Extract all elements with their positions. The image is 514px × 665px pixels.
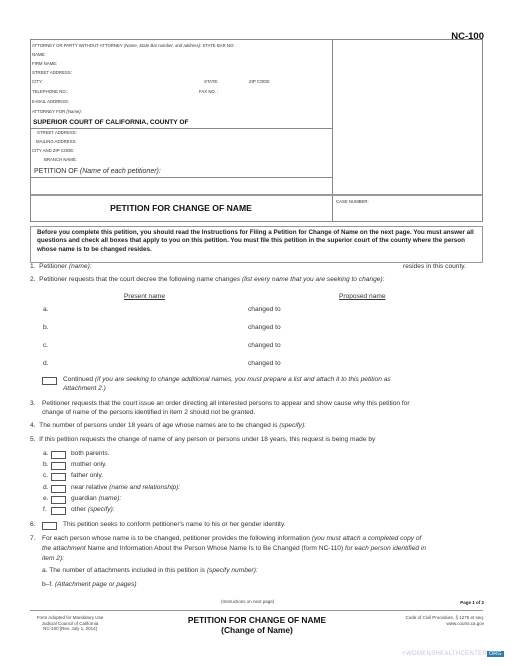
page-number: Page 1 of 2 bbox=[460, 600, 484, 606]
item-6-num: 6. bbox=[30, 521, 36, 528]
present-name-header: Present name bbox=[124, 293, 165, 300]
name-change-row-b[interactable]: changed to bbox=[248, 324, 281, 331]
form-title: PETITION FOR CHANGE OF NAME bbox=[30, 203, 332, 213]
option-f-letter: f. bbox=[43, 506, 47, 513]
court-branch-label[interactable]: BRANCH NAME: bbox=[44, 157, 77, 162]
guardian-checkbox[interactable] bbox=[51, 496, 66, 504]
attorney-header: ATTORNEY OR PARTY WITHOUT ATTORNEY (Name… bbox=[32, 43, 235, 48]
street-address-label[interactable]: STREET ADDRESS: bbox=[32, 70, 72, 75]
state-label[interactable]: STATE: bbox=[204, 79, 218, 84]
proposed-name-header: Proposed name bbox=[339, 293, 386, 300]
near-relative-checkbox[interactable] bbox=[51, 485, 66, 493]
item-7-line-3: item 2): bbox=[42, 555, 64, 562]
name-change-row-d[interactable]: changed to bbox=[248, 360, 281, 367]
item-3-line-2: change of name of the persons identified… bbox=[42, 409, 255, 416]
continued-label: Continued (if you are seeking to change … bbox=[63, 376, 391, 383]
divider bbox=[30, 128, 332, 129]
option-d-letter: d. bbox=[43, 484, 49, 491]
item-4[interactable]: 4. The number of persons under 18 years … bbox=[30, 422, 306, 429]
other-label: other (specify): bbox=[71, 506, 115, 513]
both-parents-checkbox[interactable] bbox=[51, 451, 66, 459]
near-relative-label: near relative (name and relationship): bbox=[71, 484, 180, 491]
gender-identity-checkbox[interactable] bbox=[42, 522, 57, 530]
option-a-letter: a. bbox=[43, 450, 49, 457]
mother-only-checkbox[interactable] bbox=[51, 462, 66, 470]
divider bbox=[30, 177, 332, 178]
footer-title: PETITION FOR CHANGE OF NAME (Change of N… bbox=[150, 615, 364, 635]
guardian-label: guardian (name): bbox=[71, 495, 121, 502]
name-change-row-b-letter: b. bbox=[43, 324, 49, 331]
item-1[interactable]: 1. Petitioner (name): bbox=[30, 263, 92, 270]
footer-left: Form Adopted for Mandatory Use Judicial … bbox=[30, 615, 110, 632]
item-7a[interactable]: a. The number of attachments included in… bbox=[42, 567, 258, 574]
option-e-letter: e. bbox=[43, 495, 49, 502]
attorney-for-label[interactable]: ATTORNEY FOR (Name): bbox=[32, 109, 82, 114]
court-title: SUPERIOR COURT OF CALIFORNIA, COUNTY OF bbox=[33, 119, 189, 126]
both-parents-label: both parents. bbox=[71, 450, 110, 457]
fax-label[interactable]: FAX NO. : bbox=[199, 89, 218, 94]
courts-link[interactable]: www.courts.ca.gov bbox=[405, 621, 484, 627]
divider bbox=[30, 194, 483, 196]
instructions-notice: Before you complete this petition, you s… bbox=[30, 226, 483, 263]
instructions-note: (Instructions on next page) bbox=[221, 599, 274, 605]
name-change-row-a-letter: a. bbox=[43, 306, 49, 313]
item-1-suffix: resides in this county. bbox=[403, 263, 466, 270]
petition-of-label[interactable]: PETITION OF (Name of each petitioner): bbox=[34, 168, 161, 175]
city-label[interactable]: CITY: bbox=[32, 79, 43, 84]
continued-checkbox[interactable] bbox=[42, 377, 57, 385]
name-change-row-d-letter: d. bbox=[43, 360, 49, 367]
zip-label[interactable]: ZIP CODE: bbox=[249, 79, 270, 84]
watermark-logo: ⁘WOMENSHEALTHCENTERORG bbox=[401, 642, 504, 660]
footer-right: Code of Civil Procedure, § 1275 et seq. … bbox=[405, 615, 484, 626]
court-street-label[interactable]: STREET ADDRESS: bbox=[37, 130, 77, 135]
footer-divider bbox=[30, 610, 483, 611]
case-number-label[interactable]: CASE NUMBER: bbox=[336, 199, 369, 204]
other-checkbox[interactable] bbox=[51, 507, 66, 515]
item-3-num: 3. bbox=[30, 400, 36, 407]
item-7-num: 7. bbox=[30, 535, 36, 542]
item-7b-f: b–f. (Attachment page or pages) bbox=[42, 581, 137, 588]
court-city-zip-label[interactable]: CITY AND ZIP CODE: bbox=[32, 148, 74, 153]
item-3: Petitioner requests that the court issue… bbox=[42, 400, 410, 407]
firm-name-label[interactable]: FIRM NAME: bbox=[32, 61, 57, 66]
item-6-label: This petition seeks to conform petitione… bbox=[63, 521, 286, 528]
continued-label-2: Attachment 2.) bbox=[63, 385, 106, 392]
name-label[interactable]: NAME: bbox=[32, 52, 46, 57]
name-change-row-c-letter: c. bbox=[43, 342, 48, 349]
item-2: 2. Petitioner requests that the court de… bbox=[30, 276, 384, 283]
father-only-checkbox[interactable] bbox=[51, 473, 66, 481]
name-change-row-c[interactable]: changed to bbox=[248, 342, 281, 349]
mother-only-label: mother only. bbox=[71, 461, 107, 468]
item-5: 5. If this petition requests the change … bbox=[30, 436, 375, 443]
father-only-label: father only. bbox=[71, 472, 103, 479]
name-change-row-a[interactable]: changed to bbox=[248, 306, 281, 313]
telephone-label[interactable]: TELEPHONE NO.: bbox=[32, 89, 68, 94]
option-c-letter: c. bbox=[43, 472, 48, 479]
item-7-line-2: the attachment Name and Information Abou… bbox=[42, 545, 426, 552]
email-label[interactable]: E-MAIL ADDRESS: bbox=[32, 99, 69, 104]
item-7: For each person whose name is to be chan… bbox=[42, 535, 421, 542]
court-mailing-label[interactable]: MAILING ADDRESS: bbox=[36, 139, 77, 144]
option-b-letter: b. bbox=[43, 461, 49, 468]
